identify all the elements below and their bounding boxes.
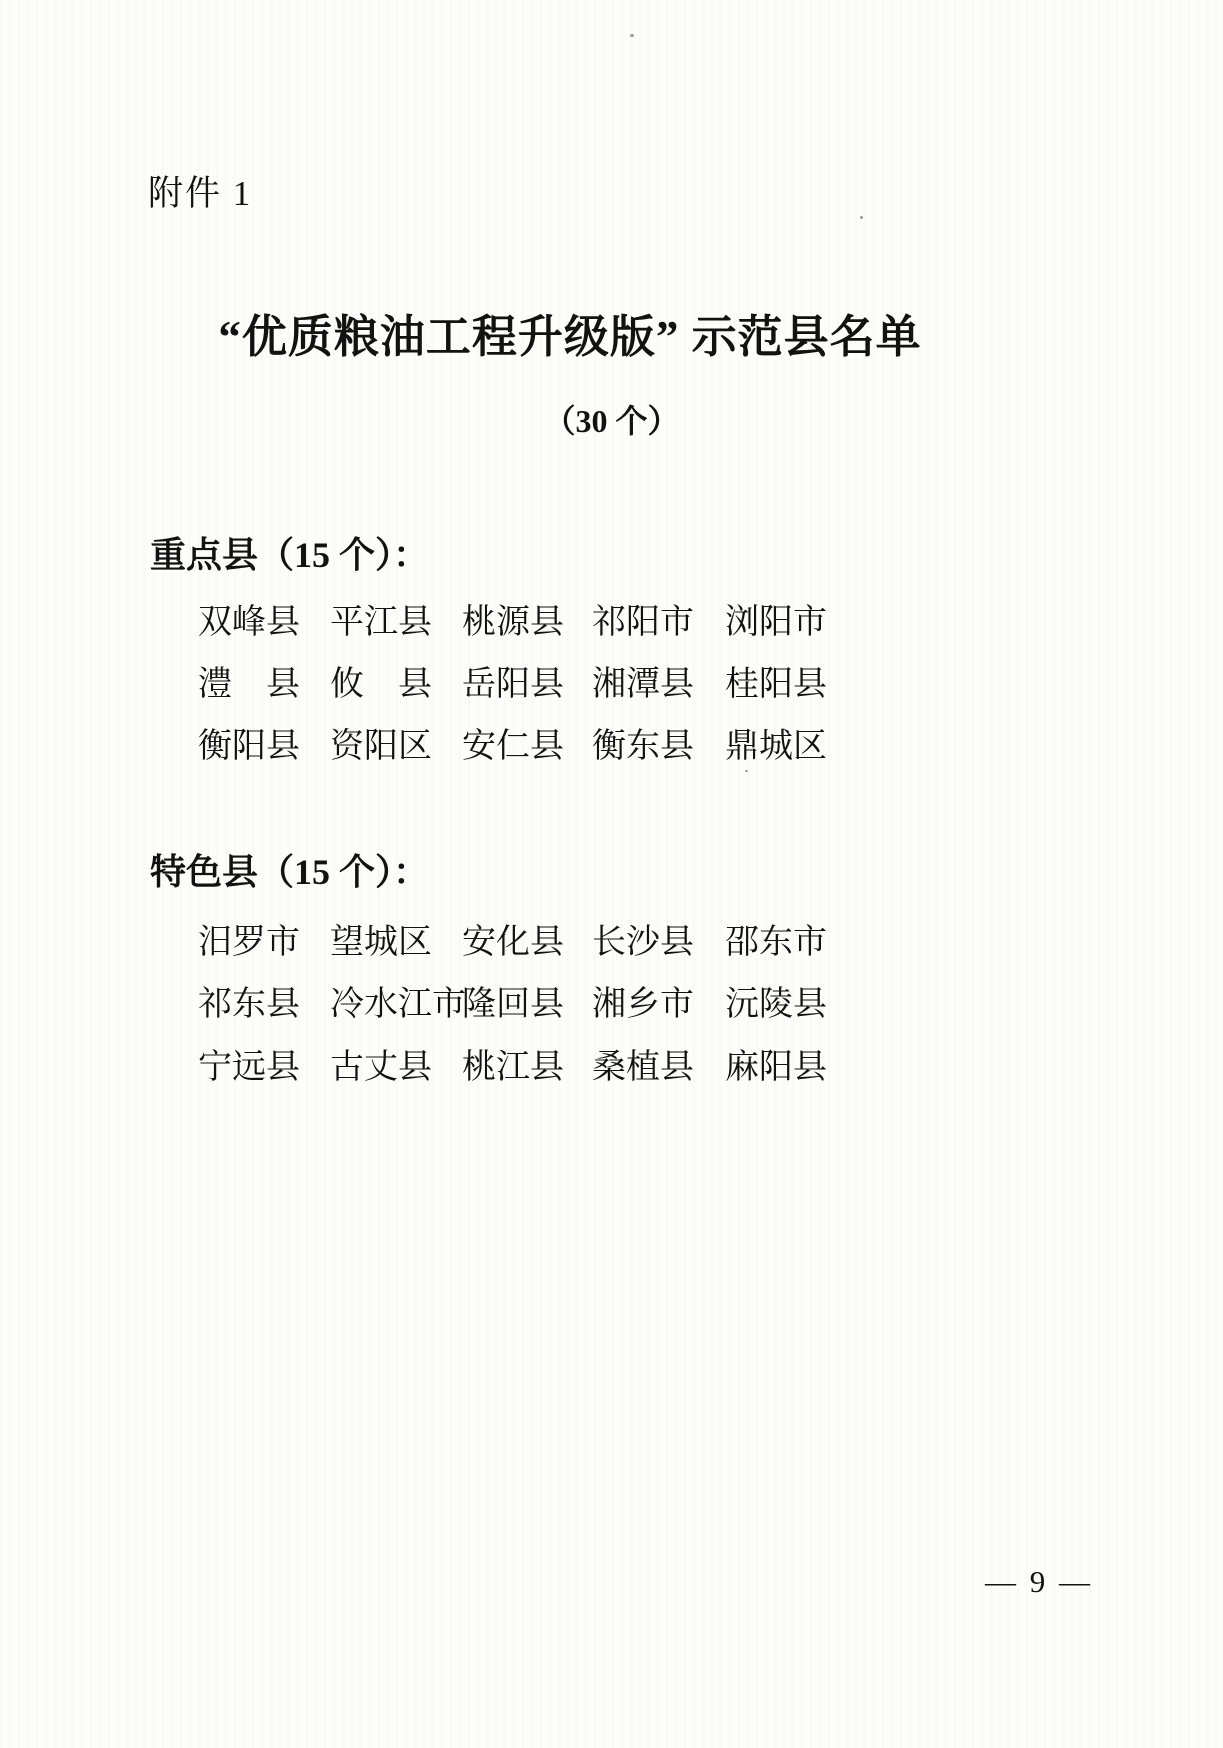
county-row: 宁远县 古丈县 桃江县 桑植县 麻阳县 [198,1039,827,1088]
county-name: 祁东县 [198,976,330,1025]
county-name: 邵东市 [725,914,827,963]
county-name: 长沙县 [592,914,725,963]
county-name: 桃源县 [462,594,592,643]
county-row: 澧 县 攸 县 岳阳县 湘潭县 桂阳县 [198,656,827,705]
page-number: — 9 — [985,1564,1093,1600]
county-name: 宁远县 [198,1039,330,1088]
county-name: 双峰县 [198,594,330,643]
county-row: 衡阳县 资阳区 安仁县 衡东县 鼎城区 [198,718,827,767]
document-title: “优质粮油工程升级版” 示范县名单 [0,300,1140,365]
county-name: 安仁县 [462,718,592,767]
county-name: 沅陵县 [725,976,827,1025]
county-name: 澧 县 [198,656,330,705]
county-name: 资阳区 [330,718,462,767]
county-name: 古丈县 [330,1039,462,1088]
county-name: 望城区 [330,914,462,963]
county-name: 浏阳市 [725,594,827,643]
county-name: 桂阳县 [725,656,827,705]
county-name: 平江县 [330,594,462,643]
county-name: 隆回县 [462,976,592,1025]
scan-speck [630,34,634,37]
county-name: 湘乡市 [592,976,725,1025]
county-name: 攸 县 [330,656,462,705]
county-name: 桑植县 [592,1039,725,1088]
county-name: 安化县 [462,914,592,963]
scan-speck [745,770,748,772]
section-heading-key-counties: 重点县（15 个）： [150,527,429,578]
document-page: 附件 1 “优质粮油工程升级版” 示范县名单 （30 个） 重点县（15 个）：… [0,0,1223,1748]
county-name: 衡东县 [592,718,725,767]
document-subtitle: （30 个） [0,396,1223,442]
county-name: 桃江县 [462,1039,592,1088]
section-heading-characteristic-counties: 特色县（15 个）： [150,844,429,895]
county-name: 祁阳市 [592,594,725,643]
county-name: 麻阳县 [725,1039,827,1088]
attachment-label: 附件 1 [148,166,252,216]
county-name: 衡阳县 [198,718,330,767]
county-row: 汨罗市 望城区 安化县 长沙县 邵东市 [198,914,827,963]
county-name: 汨罗市 [198,914,330,963]
county-name: 岳阳县 [462,656,592,705]
county-name: 鼎城区 [725,718,827,767]
county-row: 祁东县 冷水江市 隆回县 湘乡市 沅陵县 [198,976,827,1025]
county-name: 湘潭县 [592,656,725,705]
scan-speck [860,216,863,219]
county-name: 冷水江市 [330,976,462,1025]
county-row: 双峰县 平江县 桃源县 祁阳市 浏阳市 [198,594,827,643]
